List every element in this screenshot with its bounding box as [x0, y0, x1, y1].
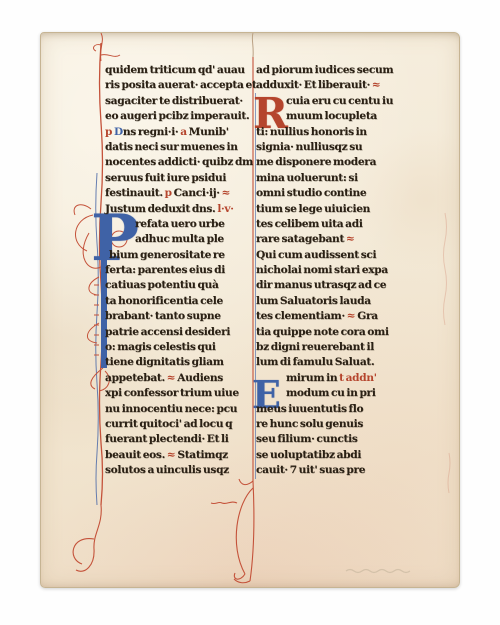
manuscript-text-line: beauit eos. ≈ Statimqz — [105, 448, 253, 463]
manuscript-text-line: quidem triticum qd' auau — [105, 63, 253, 78]
rubric-run: ≈ — [346, 233, 355, 245]
text-run: mina uoluerunt: si — [256, 172, 358, 184]
text-run: muum locupleta — [286, 110, 377, 122]
manuscript-text-line: dir manus utrasqz ad ce — [256, 278, 408, 293]
text-run: solutos a uinculis usqz — [105, 464, 229, 476]
text-run: lum Saluatoris lauda — [256, 295, 371, 307]
manuscript-text-line: seruus fuit iure psidui — [105, 171, 253, 186]
manuscript-text-line: ferta: parentes eius di — [105, 263, 253, 278]
right-margin-showthrough — [444, 213, 451, 493]
rubric-run: D — [114, 126, 123, 138]
rubric-run: l·v· — [217, 203, 233, 215]
manuscript-text-line: currit quitoci' ad locu q — [105, 417, 253, 432]
manuscript-text-line: cuia eru cu centu iu — [256, 94, 408, 109]
photograph-backdrop: P R E quidem triticum qd' auauris posita… — [0, 0, 500, 625]
text-run: sagaciter te distribuerat· — [105, 95, 243, 107]
rubric-run: ≈ — [167, 449, 177, 461]
rubric-run: ≈ — [167, 372, 177, 384]
manuscript-text-line: xpi confessor trium uiue — [105, 386, 253, 401]
text-run: omni studio contine — [256, 187, 366, 199]
manuscript-leaf: P R E quidem triticum qd' auauris posita… — [40, 32, 460, 588]
rubric-run: ≈ — [372, 79, 381, 91]
manuscript-text-line: ta honorificentia cele — [105, 294, 253, 309]
manuscript-text-line: fuerant plectendi· Et li — [105, 432, 253, 447]
text-run: tium se lege uiuicien — [256, 203, 370, 215]
manuscript-text-line: modum cu in pri — [256, 386, 408, 401]
rubric-run: a — [180, 126, 188, 138]
manuscript-text-line: bz digni reuerebant il — [256, 340, 408, 355]
manuscript-text-line: festinauit. p Canci·ij· ≈ — [105, 186, 253, 201]
text-run: bium generositate re — [109, 249, 225, 261]
manuscript-text-line: rare satagebant ≈ — [256, 232, 408, 247]
manuscript-text-line: appetebat. ≈ Audiens — [105, 371, 253, 386]
text-run: ta honorificentia cele — [105, 295, 223, 307]
manuscript-text-line: mirum in t addn' — [256, 371, 408, 386]
faint-inscription — [346, 570, 410, 573]
manuscript-text-line: lum Saluatoris lauda — [256, 294, 408, 309]
manuscript-text-line: catiuas potentiu quà — [105, 278, 253, 293]
manuscript-text-line: solutos a uinculis usqz — [105, 463, 253, 478]
manuscript-text-line: seu filium· cunctis — [256, 432, 408, 447]
manuscript-text-line: meus iuuentutis flo — [256, 402, 408, 417]
text-run: bz digni reuerebant il — [256, 341, 374, 353]
manuscript-text-line: Qui cum audissent sci — [256, 248, 408, 263]
manuscript-text-line: Justum deduxit dns. l·v· — [105, 202, 253, 217]
text-run: ferta: parentes eius di — [105, 264, 225, 276]
text-run: me disponere modera — [256, 156, 376, 168]
text-run: datis neci sur muenes in — [105, 141, 238, 153]
gutter-bottom-descender — [211, 479, 254, 583]
manuscript-text-line: bium generositate re — [105, 248, 253, 263]
text-run: eo augeri pcibz imperauit. — [105, 110, 249, 122]
text-run: seruus fuit iure psidui — [105, 172, 226, 184]
manuscript-text-line: eo augeri pcibz imperauit. — [105, 109, 253, 124]
manuscript-text-line: tium se lege uiuicien — [256, 202, 408, 217]
text-run: Audiens — [177, 372, 223, 384]
text-run: o: magis celestis qui — [105, 341, 216, 353]
text-run: se uoluptatibz abdi — [256, 449, 361, 461]
text-run: ns regni·i· — [123, 126, 180, 138]
text-run: re hunc solu genuis — [256, 418, 363, 430]
manuscript-text-line: nu innocentiu nece: pcu — [105, 402, 253, 417]
text-run: nicholai nomi stari expa — [256, 264, 388, 276]
text-run: lum di famulu Saluat. — [256, 356, 374, 368]
text-run: patrie accensi desideri — [105, 326, 230, 338]
manuscript-text-line: muum locupleta — [256, 109, 408, 124]
rubric-run: ≈ — [222, 187, 231, 199]
manuscript-text-line: o: magis celestis qui — [105, 340, 253, 355]
text-run: Munib' — [189, 126, 229, 138]
text-run: beauit eos. — [105, 449, 167, 461]
text-run: dir manus utrasqz ad ce — [256, 279, 386, 291]
manuscript-text-line: sagaciter te distribuerat· — [105, 94, 253, 109]
manuscript-text-line: ad piorum iudices secum — [256, 63, 408, 78]
manuscript-text-line: refata uero urbe — [105, 217, 253, 232]
text-run: mirum in — [286, 372, 339, 384]
manuscript-text-line: tia quippe note cora omi — [256, 325, 408, 340]
text-run: refata uero urbe — [135, 218, 225, 230]
bottom-left-flourish — [73, 505, 101, 571]
manuscript-text-line: signia· nulliusqz su — [256, 140, 408, 155]
manuscript-text-line: datis neci sur muenes in — [105, 140, 253, 155]
text-run: currit quitoci' ad locu q — [105, 418, 232, 430]
text-run: ad piorum iudices secum — [256, 64, 393, 76]
text-run: modum cu in pri — [286, 387, 376, 399]
text-run: tes clementiam· — [256, 310, 347, 322]
text-run: ti: nullius honoris in — [256, 126, 367, 138]
text-run: nocentes addicti· quibz dm — [105, 156, 253, 168]
manuscript-text-line: adduxit· Et liberauit· ≈ — [256, 78, 408, 93]
manuscript-text-line: p Dns regni·i· a Munib' — [105, 125, 253, 140]
manuscript-text-line: omni studio contine — [256, 186, 408, 201]
manuscript-text-line: cauit· 7 uit' suas pre — [256, 463, 408, 478]
rubric-run: p — [105, 126, 114, 138]
text-run: adduxit· Et liberauit· — [256, 79, 372, 91]
text-run: ris posita auerat· accepta et — [105, 79, 256, 91]
text-column-left: quidem triticum qd' auauris posita auera… — [105, 63, 253, 479]
text-run: seu filium· cunctis — [256, 433, 358, 445]
text-run: fuerant plectendi· Et li — [105, 433, 229, 445]
manuscript-text-line: tes clementiam· ≈ Gra — [256, 309, 408, 324]
manuscript-text-line: ris posita auerat· accepta et — [105, 78, 253, 93]
manuscript-text-line: patrie accensi desideri — [105, 325, 253, 340]
text-run: quidem triticum qd' auau — [105, 64, 245, 76]
text-run: tia quippe note cora omi — [256, 326, 389, 338]
text-run: catiuas potentiu quà — [105, 279, 219, 291]
manuscript-text-line: se uoluptatibz abdi — [256, 448, 408, 463]
text-run: meus iuuentutis flo — [256, 403, 363, 415]
text-run: brabant· tanto supne — [105, 310, 221, 322]
manuscript-text-line: mina uoluerunt: si — [256, 171, 408, 186]
text-run: tes celibem uita adi — [256, 218, 363, 230]
manuscript-text-line: brabant· tanto supne — [105, 309, 253, 324]
rubric-run: t addn' — [339, 372, 377, 384]
manuscript-text-line: re hunc solu genuis — [256, 417, 408, 432]
text-run: adhuc multa ple — [135, 233, 224, 245]
text-run: nu innocentiu nece: pcu — [105, 403, 237, 415]
manuscript-text-line: ti: nullius honoris in — [256, 125, 408, 140]
text-run: Canci·ij· — [174, 187, 222, 199]
text-run: cuia eru cu centu iu — [286, 95, 393, 107]
initial-p-stem-ticks — [94, 285, 99, 355]
text-run: Justum deduxit dns. — [105, 203, 217, 215]
manuscript-text-line: me disponere modera — [256, 155, 408, 170]
manuscript-text-line: nicholai nomi stari expa — [256, 263, 408, 278]
text-run: appetebat. — [105, 372, 167, 384]
text-run: rare satagebant — [256, 233, 346, 245]
text-column-right: ad piorum iudices secumadduxit· Et liber… — [256, 63, 408, 479]
text-run: tiene dignitatis gliam — [105, 356, 224, 368]
rubric-run: ≈ — [347, 310, 357, 322]
text-run: signia· nulliusqz su — [256, 141, 362, 153]
manuscript-text-line: adhuc multa ple — [105, 232, 253, 247]
text-run: xpi confessor trium uiue — [105, 387, 239, 399]
gutter-top-hairline — [252, 33, 253, 57]
top-ascender-flourish — [94, 33, 120, 61]
text-run: Gra — [357, 310, 378, 322]
manuscript-text-line: tes celibem uita adi — [256, 217, 408, 232]
manuscript-text-line: lum di famulu Saluat. — [256, 355, 408, 370]
text-run: cauit· 7 uit' suas pre — [256, 464, 365, 476]
text-run: Statimqz — [177, 449, 228, 461]
rubric-run: p — [165, 187, 174, 199]
manuscript-text-line: tiene dignitatis gliam — [105, 355, 253, 370]
manuscript-text-line: nocentes addicti· quibz dm — [105, 155, 253, 170]
text-run: Qui cum audissent sci — [256, 249, 376, 261]
text-run: festinauit. — [105, 187, 165, 199]
